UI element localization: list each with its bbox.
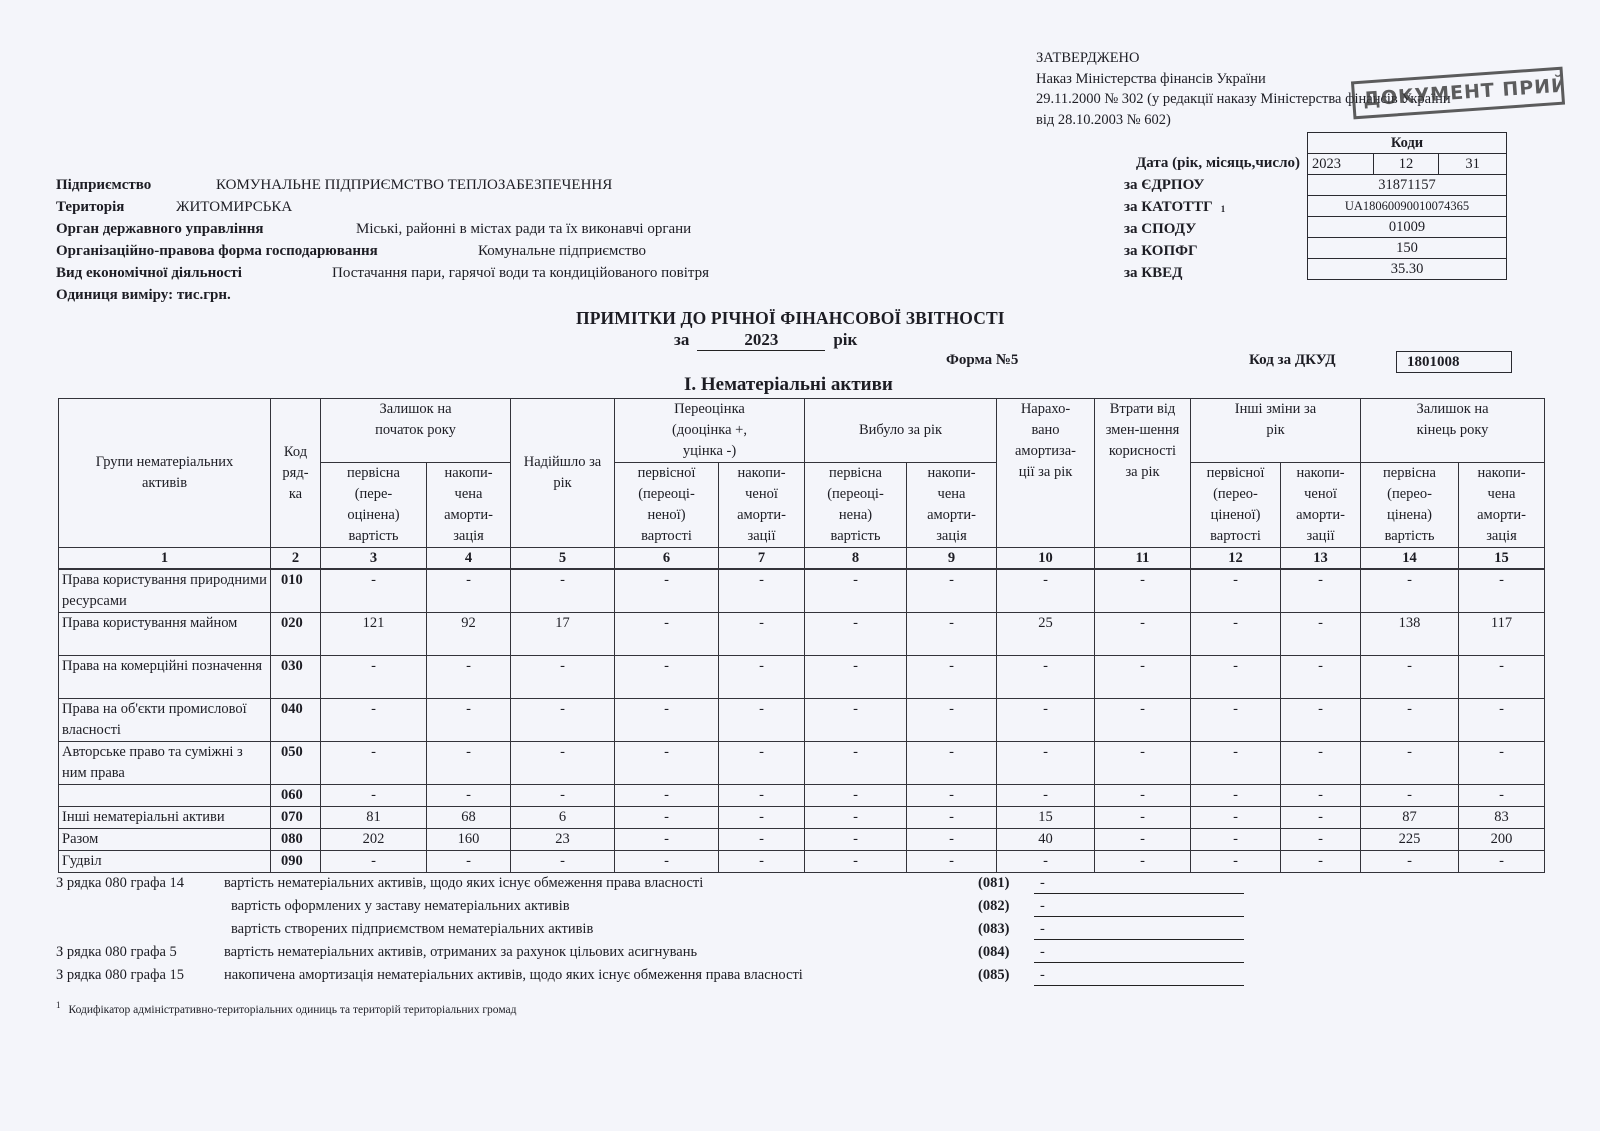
cell-value: -: [1191, 851, 1281, 873]
cell-value: -: [1191, 829, 1281, 851]
cell-value: -: [615, 851, 719, 873]
territory-label: Територія: [56, 196, 124, 218]
kopfg-value: 150: [1308, 238, 1507, 259]
cell-value: 6: [511, 807, 615, 829]
cell-value: -: [1459, 851, 1545, 873]
date-label: Дата (рік, місяць,число): [1120, 152, 1300, 174]
cell-value: -: [1459, 785, 1545, 807]
cell-value: 138: [1361, 613, 1459, 656]
column-number: 9: [907, 548, 997, 570]
enterprise-label: Підприємство: [56, 174, 151, 196]
cell-value: -: [907, 785, 997, 807]
row-code: 030: [271, 656, 321, 699]
column-number: 6: [615, 548, 719, 570]
report-title: ПРИМІТКИ ДО РІЧНОЇ ФІНАНСОВОЇ ЗВІТНОСТІ: [576, 308, 1005, 329]
legal-form-value: Комунальне підприємство: [478, 240, 646, 262]
cell-value: -: [719, 785, 805, 807]
col-reval-accum: накопи-ченої аморти-зації: [719, 463, 805, 548]
activity-label: Вид економічної діяльності: [56, 262, 242, 284]
date-day: 31: [1439, 154, 1507, 175]
cell-value: -: [1459, 656, 1545, 699]
asset-group-name: Права на об'єкти промислової власності: [59, 699, 271, 742]
cell-value: -: [805, 613, 907, 656]
cell-value: -: [907, 656, 997, 699]
cell-value: -: [719, 807, 805, 829]
note-code: (082): [978, 895, 1009, 918]
asset-group-name: Авторське право та суміжні з ним права: [59, 742, 271, 785]
cell-value: -: [1095, 829, 1191, 851]
note-value: -: [1034, 895, 1244, 917]
cell-value: -: [719, 829, 805, 851]
cell-value: -: [615, 613, 719, 656]
note-value: -: [1034, 964, 1244, 986]
cell-value: -: [1281, 569, 1361, 613]
cell-value: -: [1459, 699, 1545, 742]
cell-value: -: [997, 742, 1095, 785]
cell-value: 17: [511, 613, 615, 656]
cell-value: -: [1459, 742, 1545, 785]
cell-value: -: [1361, 785, 1459, 807]
cell-value: -: [805, 829, 907, 851]
table-row: Права користування майном0201219217----2…: [59, 613, 1545, 656]
table-row: Права користування природними ресурсами0…: [59, 569, 1545, 613]
authority-label: Орган державного управління: [56, 218, 263, 240]
note-code: (083): [978, 918, 1009, 941]
cell-value: -: [719, 613, 805, 656]
cell-value: -: [805, 807, 907, 829]
column-number: 13: [1281, 548, 1361, 570]
cell-value: -: [1281, 613, 1361, 656]
cell-value: -: [805, 569, 907, 613]
note-source: З рядка 080 графа 15: [56, 964, 184, 987]
column-number: 7: [719, 548, 805, 570]
note-value: -: [1034, 941, 1244, 963]
cell-value: -: [615, 785, 719, 807]
cell-value: -: [805, 656, 907, 699]
row-code: 090: [271, 851, 321, 873]
cell-value: -: [1191, 742, 1281, 785]
spodu-value: 01009: [1308, 217, 1507, 238]
cell-value: -: [511, 569, 615, 613]
cell-value: -: [907, 829, 997, 851]
codes-table: Коди 2023 12 31 31871157 UA1806009001007…: [1307, 132, 1507, 280]
cell-value: -: [1191, 613, 1281, 656]
cell-value: -: [1095, 569, 1191, 613]
notes-block: З рядка 080 графа 14вартість нематеріаль…: [56, 872, 1256, 987]
cell-value: -: [511, 785, 615, 807]
row-code: 050: [271, 742, 321, 785]
note-text: вартість нематеріальних активів, щодо як…: [224, 872, 703, 895]
cell-value: -: [321, 742, 427, 785]
cell-value: -: [1281, 699, 1361, 742]
note-row: З рядка 080 графа 5вартість нематеріальн…: [56, 941, 1256, 964]
dkud-label: Код за ДКУД: [1249, 352, 1336, 369]
column-number: 11: [1095, 548, 1191, 570]
cell-value: -: [427, 656, 511, 699]
cell-value: -: [1281, 829, 1361, 851]
asset-group-name: Інші нематеріальні активи: [59, 807, 271, 829]
column-number: 15: [1459, 548, 1545, 570]
katottg-value: UA18060090010074365: [1308, 196, 1507, 217]
cell-value: -: [997, 569, 1095, 613]
cell-value: 225: [1361, 829, 1459, 851]
edrpou-label: за ЄДРПОУ: [1124, 174, 1300, 196]
table-row: 060-------------: [59, 785, 1545, 807]
legal-form-label: Організаційно-правова форма господарюван…: [56, 240, 378, 262]
cell-value: 23: [511, 829, 615, 851]
code-labels: Дата (рік, місяць,число) за ЄДРПОУ за КА…: [1124, 152, 1300, 284]
cell-value: -: [1095, 699, 1191, 742]
asset-group-name: Разом: [59, 829, 271, 851]
col-disposed-initial: первісна (переоці-нена) вартість: [805, 463, 907, 548]
cell-value: 200: [1459, 829, 1545, 851]
note-text: вартість оформлених у заставу нематеріал…: [231, 895, 570, 918]
asset-group-name: Права користування природними ресурсами: [59, 569, 271, 613]
cell-value: -: [997, 699, 1095, 742]
table-row: Права на об'єкти промислової власності04…: [59, 699, 1545, 742]
cell-value: 83: [1459, 807, 1545, 829]
dkud-value: 1801008: [1396, 351, 1512, 373]
column-number: 10: [997, 548, 1095, 570]
col-start-balance: Залишок на початок року: [321, 399, 511, 463]
cell-value: -: [805, 851, 907, 873]
cell-value: -: [427, 785, 511, 807]
cell-value: -: [1191, 785, 1281, 807]
note-row: вартість створених підприємством нематер…: [56, 918, 1256, 941]
column-number: 5: [511, 548, 615, 570]
row-code: 070: [271, 807, 321, 829]
cell-value: -: [1095, 656, 1191, 699]
col-groups: Групи нематеріальних активів: [59, 399, 271, 548]
cell-value: 160: [427, 829, 511, 851]
cell-value: -: [805, 699, 907, 742]
cell-value: -: [997, 851, 1095, 873]
cell-value: -: [615, 742, 719, 785]
cell-value: 25: [997, 613, 1095, 656]
cell-value: -: [427, 569, 511, 613]
cell-value: -: [1095, 613, 1191, 656]
cell-value: -: [321, 699, 427, 742]
cell-value: -: [615, 829, 719, 851]
cell-value: -: [1361, 656, 1459, 699]
cell-value: -: [321, 851, 427, 873]
cell-value: -: [1281, 807, 1361, 829]
row-code: 080: [271, 829, 321, 851]
cell-value: -: [907, 851, 997, 873]
note-source: З рядка 080 графа 14: [56, 872, 184, 895]
cell-value: 81: [321, 807, 427, 829]
cell-value: -: [1095, 742, 1191, 785]
column-number: 12: [1191, 548, 1281, 570]
cell-value: -: [1281, 785, 1361, 807]
cell-value: -: [321, 785, 427, 807]
cell-value: -: [511, 656, 615, 699]
table-row: Права на комерційні позначення030-------…: [59, 656, 1545, 699]
cell-value: 92: [427, 613, 511, 656]
cell-value: -: [805, 742, 907, 785]
cell-value: -: [719, 742, 805, 785]
unit-label: Одиниця виміру: тис.грн.: [56, 284, 231, 306]
col-end-initial: первісна (перео-цінена) вартість: [1361, 463, 1459, 548]
cell-value: -: [615, 807, 719, 829]
footnote: 1Кодифікатор адміністративно-територіаль…: [56, 1000, 516, 1016]
column-number: 2: [271, 548, 321, 570]
cell-value: 121: [321, 613, 427, 656]
cell-value: -: [1361, 569, 1459, 613]
row-code: 010: [271, 569, 321, 613]
column-numbers-row: 123456789101112131415: [59, 548, 1545, 570]
section-title: I. Нематеріальні активи: [684, 374, 893, 396]
col-other-initial: первісної (перео-ціненої) вартості: [1191, 463, 1281, 548]
cell-value: -: [1191, 656, 1281, 699]
cell-value: -: [997, 656, 1095, 699]
col-other-accum: накопи-ченої аморти-зації: [1281, 463, 1361, 548]
spodu-label: за СПОДУ: [1124, 218, 1300, 240]
asset-group-name: [59, 785, 271, 807]
cell-value: -: [1095, 807, 1191, 829]
kved-label: за КВЕД: [1124, 262, 1300, 284]
intangible-assets-table: Групи нематеріальних активів Код ряд-ка …: [58, 398, 1545, 873]
cell-value: 202: [321, 829, 427, 851]
cell-value: -: [615, 569, 719, 613]
note-source: З рядка 080 графа 5: [56, 941, 177, 964]
cell-value: -: [1095, 785, 1191, 807]
col-code: Код ряд-ка: [271, 399, 321, 548]
report-period: за2023рік: [674, 330, 857, 351]
note-row: З рядка 080 графа 15накопичена амортизац…: [56, 964, 1256, 987]
cell-value: -: [615, 656, 719, 699]
date-month: 12: [1373, 154, 1439, 175]
activity-value: Постачання пари, гарячої води та кондиці…: [332, 262, 709, 284]
col-start-accum: накопи-чена аморти-зація: [427, 463, 511, 548]
column-number: 14: [1361, 548, 1459, 570]
cell-value: -: [997, 785, 1095, 807]
column-number: 8: [805, 548, 907, 570]
cell-value: -: [1281, 742, 1361, 785]
footnote-text: Кодифікатор адміністративно-територіальн…: [69, 1004, 517, 1016]
column-number: 1: [59, 548, 271, 570]
cell-value: -: [427, 699, 511, 742]
row-code: 060: [271, 785, 321, 807]
cell-value: 87: [1361, 807, 1459, 829]
col-disposed: Вибуло за рік: [805, 399, 997, 463]
table-row: Авторське право та суміжні з ним права05…: [59, 742, 1545, 785]
cell-value: -: [1281, 851, 1361, 873]
cell-value: -: [321, 569, 427, 613]
cell-value: -: [511, 742, 615, 785]
note-text: накопичена амортизація нематеріальних ак…: [224, 964, 803, 987]
cell-value: -: [1361, 851, 1459, 873]
cell-value: 40: [997, 829, 1095, 851]
edrpou-value: 31871157: [1308, 175, 1507, 196]
cell-value: -: [321, 656, 427, 699]
col-start-initial: первісна (пере-оцінена) вартість: [321, 463, 427, 548]
col-disposed-accum: накопи-чена аморти-зація: [907, 463, 997, 548]
col-amortization: Нарахо-вано амортиза-ції за рік: [997, 399, 1095, 548]
column-number: 4: [427, 548, 511, 570]
cell-value: -: [1095, 851, 1191, 873]
col-reval-initial: первісної (переоці-неної) вартості: [615, 463, 719, 548]
note-text: вартість нематеріальних активів, отриман…: [224, 941, 697, 964]
kved-value: 35.30: [1308, 259, 1507, 280]
col-end-accum: накопи-чена аморти-зація: [1459, 463, 1545, 548]
table-row: Разом08020216023----40---225200: [59, 829, 1545, 851]
kopfg-label: за КОПФГ: [1124, 240, 1300, 262]
cell-value: -: [907, 699, 997, 742]
note-code: (085): [978, 964, 1009, 987]
cell-value: -: [907, 569, 997, 613]
cell-value: -: [615, 699, 719, 742]
katottg-label: за КАТОТТГ1: [1124, 196, 1300, 218]
cell-value: -: [719, 656, 805, 699]
table-row: Гудвіл090-------------: [59, 851, 1545, 873]
asset-group-name: Гудвіл: [59, 851, 271, 873]
approval-line: ЗАТВЕРДЖЕНО: [1036, 48, 1451, 69]
cell-value: -: [1361, 699, 1459, 742]
col-impairment: Втрати від змен-шення корисності за рік: [1095, 399, 1191, 548]
cell-value: -: [907, 742, 997, 785]
enterprise-value: КОМУНАЛЬНЕ ПІДПРИЄМСТВО ТЕПЛОЗАБЕЗПЕЧЕНН…: [216, 174, 612, 196]
note-code: (084): [978, 941, 1009, 964]
cell-value: -: [1281, 656, 1361, 699]
cell-value: 15: [997, 807, 1095, 829]
cell-value: 117: [1459, 613, 1545, 656]
cell-value: -: [427, 742, 511, 785]
note-value: -: [1034, 918, 1244, 940]
cell-value: -: [427, 851, 511, 873]
report-year: 2023: [697, 330, 825, 351]
period-prefix: за: [674, 330, 689, 349]
note-row: З рядка 080 графа 14вартість нематеріаль…: [56, 872, 1256, 895]
cell-value: 68: [427, 807, 511, 829]
period-suffix: рік: [833, 330, 857, 349]
cell-value: -: [805, 785, 907, 807]
cell-value: -: [511, 699, 615, 742]
cell-value: -: [1191, 807, 1281, 829]
asset-group-name: Права користування майном: [59, 613, 271, 656]
cell-value: -: [719, 699, 805, 742]
column-number: 3: [321, 548, 427, 570]
cell-value: -: [907, 613, 997, 656]
authority-value: Міські, районні в містах ради та їх вико…: [356, 218, 691, 240]
footnote-mark: 1: [1221, 204, 1226, 214]
row-code: 020: [271, 613, 321, 656]
cell-value: -: [719, 569, 805, 613]
form-number: Форма №5: [946, 352, 1018, 369]
col-received: Надійшло за рік: [511, 399, 615, 548]
date-year: 2023: [1308, 154, 1374, 175]
codes-header: Коди: [1308, 133, 1507, 154]
territory-value: ЖИТОМИРСЬКА: [176, 196, 292, 218]
cell-value: -: [719, 851, 805, 873]
cell-value: -: [1191, 699, 1281, 742]
cell-value: -: [511, 851, 615, 873]
asset-group-name: Права на комерційні позначення: [59, 656, 271, 699]
col-revaluation: Переоцінка (дооцінка +, уцінка -): [615, 399, 805, 463]
cell-value: -: [907, 807, 997, 829]
note-value: -: [1034, 872, 1244, 894]
note-text: вартість створених підприємством нематер…: [231, 918, 593, 941]
col-other-changes: Інші зміни за рік: [1191, 399, 1361, 463]
cell-value: -: [1191, 569, 1281, 613]
table-row: Інші нематеріальні активи07081686----15-…: [59, 807, 1545, 829]
row-code: 040: [271, 699, 321, 742]
note-code: (081): [978, 872, 1009, 895]
cell-value: -: [1459, 569, 1545, 613]
col-end-balance: Залишок на кінець року: [1361, 399, 1545, 463]
note-row: вартість оформлених у заставу нематеріал…: [56, 895, 1256, 918]
cell-value: -: [1361, 742, 1459, 785]
footnote-mark: 1: [56, 1000, 61, 1010]
